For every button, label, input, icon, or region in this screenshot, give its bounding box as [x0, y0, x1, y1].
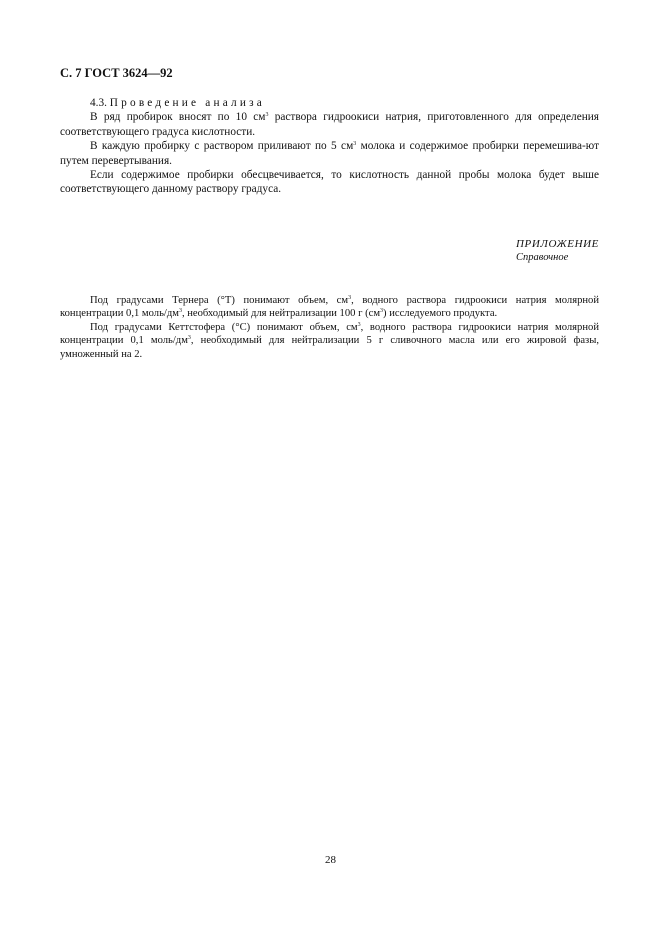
section-heading: 4.3. Проведение анализа	[60, 96, 599, 110]
document-page: С. 7 ГОСТ 3624—92 4.3. Проведение анализ…	[0, 0, 661, 936]
page-number: 28	[0, 854, 661, 866]
appendix-heading: ПРИЛОЖЕНИЕ Справочное	[516, 238, 599, 264]
text-run: В ряд пробирок вносят по 10 см	[90, 111, 265, 123]
appendix-subtitle: Справочное	[516, 251, 599, 264]
appendix-paragraph-2: Под градусами Кеттстофера (°С) понимают …	[60, 321, 599, 361]
text-run: ) исследуемого продукта.	[383, 308, 497, 319]
section-title: Проведение анализа	[110, 97, 265, 109]
paragraph-3: Если содержимое пробирки обесцвечивается…	[60, 168, 599, 197]
page-header: С. 7 ГОСТ 3624—92	[60, 66, 173, 81]
text-run: Под градусами Кеттстофера (°С) понимают …	[90, 322, 358, 333]
section-number: 4.3.	[90, 97, 107, 109]
appendix-paragraph-1: Под градусами Тернера (°Т) понимают объе…	[60, 294, 599, 321]
paragraph-1: В ряд пробирок вносят по 10 см3 раствора…	[60, 110, 599, 139]
text-run: , необходимый для нейтрализации 100 г (с…	[182, 308, 380, 319]
text-run: В каждую пробирку с раствором приливают …	[90, 140, 353, 152]
appendix-body: Под градусами Тернера (°Т) понимают объе…	[60, 294, 599, 361]
paragraph-2: В каждую пробирку с раствором приливают …	[60, 139, 599, 168]
text-run: Под градусами Тернера (°Т) понимают объе…	[90, 295, 348, 306]
section-4-3: 4.3. Проведение анализа В ряд пробирок в…	[60, 96, 599, 197]
appendix-title: ПРИЛОЖЕНИЕ	[516, 238, 599, 251]
